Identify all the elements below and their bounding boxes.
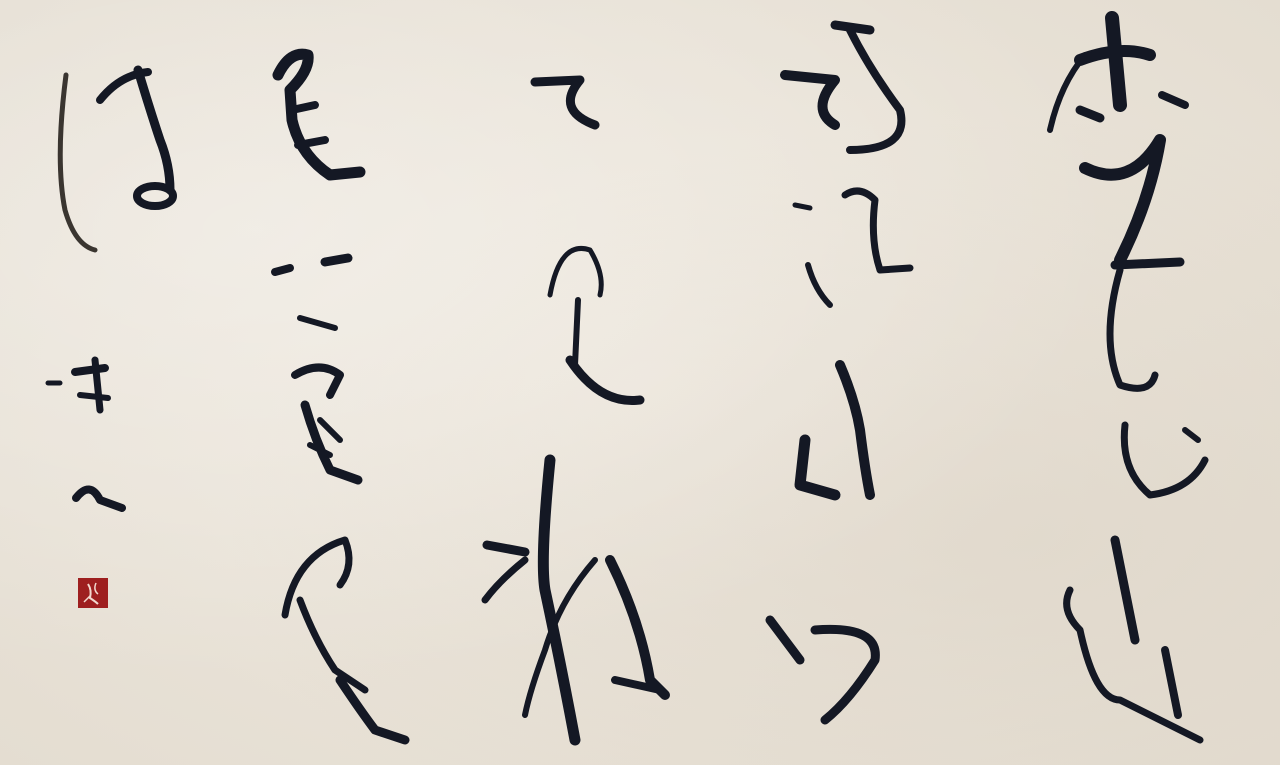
column-5 — [60, 70, 173, 250]
column-4 — [275, 54, 405, 740]
column-3 — [485, 80, 665, 740]
calligraphy-strokes — [0, 0, 1280, 765]
seal-glyph — [78, 578, 108, 608]
signature — [48, 360, 122, 508]
column-1 — [1050, 18, 1205, 740]
red-seal-stamp — [78, 578, 108, 608]
column-2 — [770, 25, 910, 720]
calligraphy-paper — [0, 0, 1280, 765]
